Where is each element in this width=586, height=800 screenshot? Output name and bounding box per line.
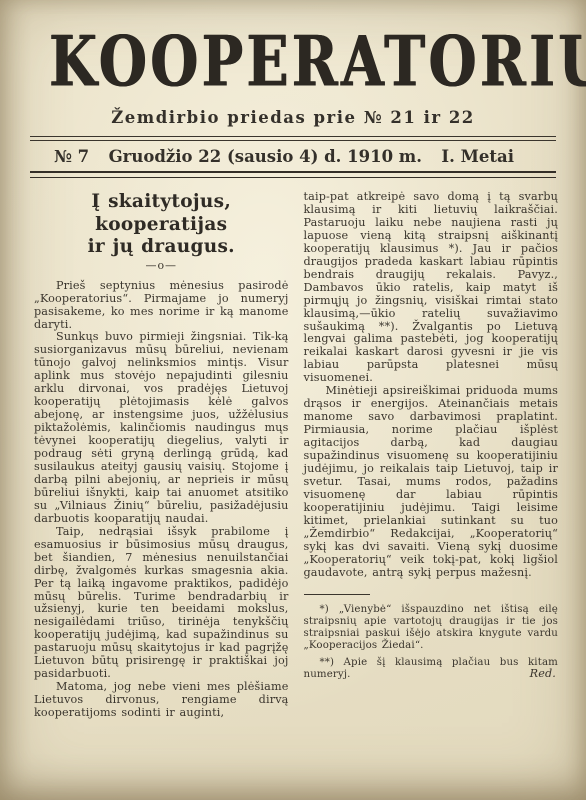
right-column: taip-pat atkreipė savo domą į tą svarbų … [304, 191, 559, 720]
footnote: **) Apie šį klausimą plačiau bus kitam n… [304, 657, 559, 682]
dateline: № 7 Gruodžio 22 (sausio 4) d. 1910 m. I.… [30, 141, 556, 171]
left-column: Į skaitytojus, kooperatijas ir jų draugu… [34, 191, 289, 720]
volume-label: I. Metai [441, 147, 514, 166]
heading-ornament: —o— [34, 260, 289, 273]
footnote: *) „Vienybė“ išspauzdino net ištisą eilę… [304, 604, 559, 653]
scanned-newspaper-page: KOOPERATORIUS Žemdirbio priedas prie № 2… [0, 0, 586, 800]
footnotes: *) „Vienybė“ išspauzdino net ištisą eilę… [304, 594, 559, 682]
article-heading: Į skaitytojus, kooperatijas ir jų draugu… [34, 191, 289, 259]
publication-subtitle: Žemdirbio priedas prie № 21 ir 22 [0, 108, 586, 127]
footnote-with-signature: **) Apie šį klausimą plačiau bus kitam n… [304, 657, 559, 682]
issue-number: № 7 [54, 147, 89, 166]
editor-signature: Red. [530, 668, 556, 681]
publication-title: KOOPERATORIUS [49, 21, 586, 105]
article-heading-line1: Į skaitytojus, kooperatijas [34, 191, 289, 236]
paragraph: Minėtieji apsireiškimai priduoda mums dr… [304, 385, 559, 579]
paragraph: Taip, nedrąsiai išsyk prabilome į esamuo… [34, 526, 289, 681]
bottom-double-rule [30, 171, 556, 178]
footnote-separator-rule [304, 594, 370, 595]
header-rules: № 7 Gruodžio 22 (sausio 4) d. 1910 m. I.… [30, 136, 556, 178]
issue-date: Gruodžio 22 (sausio 4) d. 1910 m. [109, 147, 422, 166]
paragraph-continuation: taip-pat atkreipė savo domą į tą svarbų … [304, 191, 559, 385]
paragraph: Prieš septynius mėnesius pasirodė „Koope… [34, 280, 289, 332]
article-heading-line2: ir jų draugus. [34, 236, 289, 259]
paragraph: Matoma, jog nebe vieni mes plėšiame Liet… [34, 681, 289, 720]
paragraph: Sunkųs buvo pirmieji žingsniai. Tik-ką s… [34, 331, 289, 525]
masthead: KOOPERATORIUS [0, 24, 586, 102]
article-body: Į skaitytojus, kooperatijas ir jų draugu… [0, 178, 586, 720]
